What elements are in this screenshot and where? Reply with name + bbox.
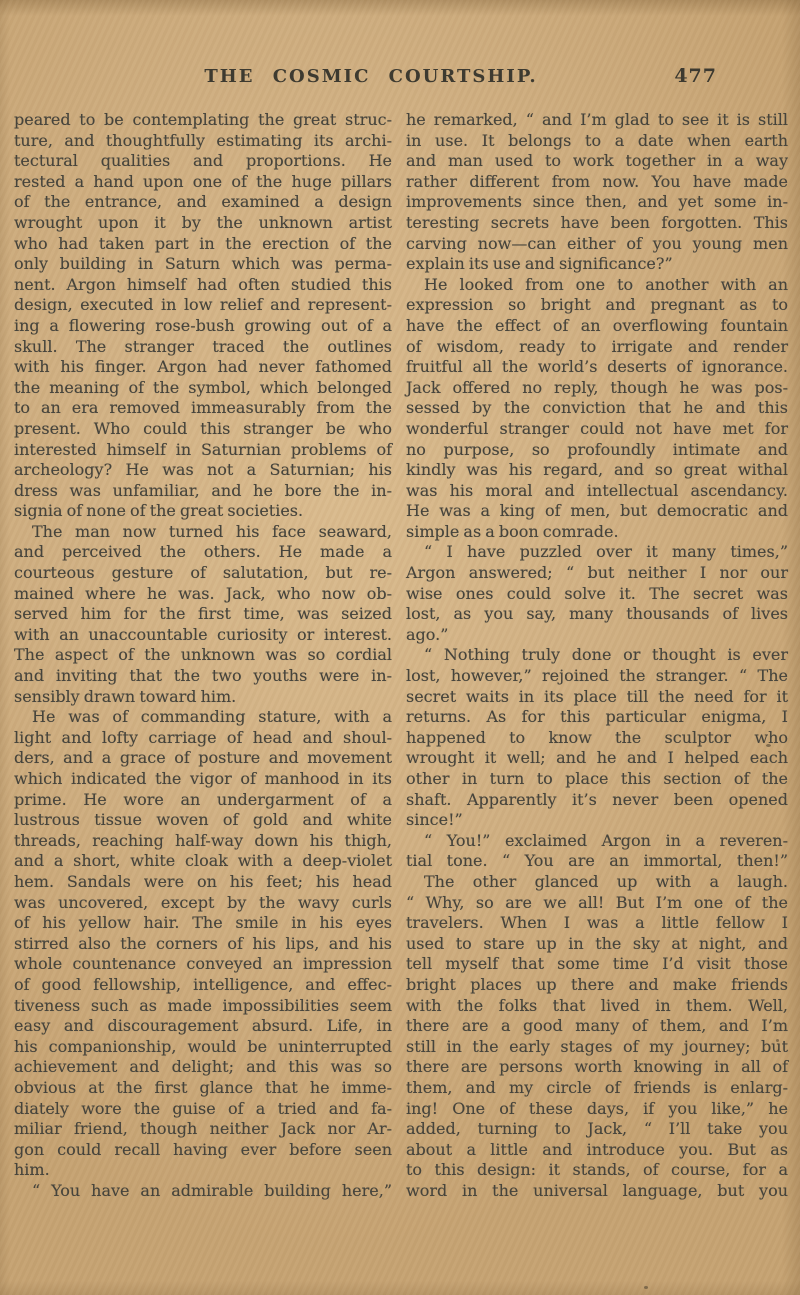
column-left: peared to be contemplating the great str… xyxy=(14,110,392,1201)
text-line: The aspect of the unknown was so cordial xyxy=(14,645,392,666)
text-line: The other glanced up with a laugh. xyxy=(406,872,788,893)
text-line: who had taken part in the erection of th… xyxy=(14,234,392,255)
text-line: the meaning of the symbol, which belonge… xyxy=(14,378,392,399)
text-line: since!” xyxy=(406,810,788,831)
text-line: He was of commanding stature, with a xyxy=(14,707,392,728)
text-line: rather different from now. You have made xyxy=(406,172,788,193)
text-line: design, executed in low relief and repre… xyxy=(14,295,392,316)
text-line: improvements since then, and yet some in… xyxy=(406,192,788,213)
text-line: about a little and introduce you. But as xyxy=(406,1140,788,1161)
text-line: no purpose, so profoundly intimate and xyxy=(406,440,788,461)
text-line: gon could recall having ever before seen xyxy=(14,1140,392,1161)
text-line: travelers. When I was a little fellow I xyxy=(406,913,788,934)
text-line: lost, as you say, many thousands of live… xyxy=(406,604,788,625)
paper-speck xyxy=(776,1039,779,1042)
text-line: served him for the first time, was seize… xyxy=(14,604,392,625)
text-line: signia of none of the great societies. xyxy=(14,501,392,522)
page-header: THE COSMIC COURTSHIP. 477 xyxy=(0,66,800,92)
text-line: happened to know the sculptor who xyxy=(406,728,788,749)
text-line: diately wore the guise of a tried and fa… xyxy=(14,1099,392,1120)
text-line: ders, and a grace of posture and movemen… xyxy=(14,748,392,769)
text-line: ing a flowering rose-bush growing out of… xyxy=(14,316,392,337)
text-line: skull. The stranger traced the outlines xyxy=(14,337,392,358)
text-columns: peared to be contemplating the great str… xyxy=(14,110,788,1201)
text-line: easy and discouragement absurd. Life, in xyxy=(14,1016,392,1037)
text-line: ture, and thoughtfully estimating its ar… xyxy=(14,131,392,152)
text-line: wise ones could solve it. The secret was xyxy=(406,584,788,605)
text-line: wonderful stranger could not have met fo… xyxy=(406,419,788,440)
text-line: teresting secrets have been forgotten. T… xyxy=(406,213,788,234)
text-line: word in the universal language, but you xyxy=(406,1181,788,1202)
text-line: used to stare up in the sky at night, an… xyxy=(406,934,788,955)
text-line: added, turning to Jack, “ I’ll take you xyxy=(406,1119,788,1140)
text-line: tial tone. “ You are an immortal, then!” xyxy=(406,851,788,872)
text-line: and a short, white cloak with a deep-vio… xyxy=(14,851,392,872)
text-line: stirred also the corners of his lips, an… xyxy=(14,934,392,955)
text-line: obvious at the first glance that he imme… xyxy=(14,1078,392,1099)
text-line: peared to be contemplating the great str… xyxy=(14,110,392,131)
text-line: threads, reaching half-way down his thig… xyxy=(14,831,392,852)
page-number: 477 xyxy=(674,65,717,87)
paper-speck xyxy=(766,744,771,747)
text-line: tiveness such as made impossibilities se… xyxy=(14,996,392,1017)
text-line: The man now turned his face seaward, xyxy=(14,522,392,543)
book-page: THE COSMIC COURTSHIP. 477 peared to be c… xyxy=(0,0,800,1295)
text-line: with his finger. Argon had never fathome… xyxy=(14,357,392,378)
text-line: and man used to work together in a way xyxy=(406,151,788,172)
text-line: achievement and delight; and this was so xyxy=(14,1057,392,1078)
text-line: him. xyxy=(14,1160,392,1181)
text-line: interested himself in Saturnian problems… xyxy=(14,440,392,461)
text-line: which indicated the vigor of manhood in … xyxy=(14,769,392,790)
text-line: them, and my circle of friends is enlarg… xyxy=(406,1078,788,1099)
text-line: light and lofty carriage of head and sho… xyxy=(14,728,392,749)
text-line: “ I have puzzled over it many times,” xyxy=(406,542,788,563)
text-line: ago.” xyxy=(406,625,788,646)
text-line: there are persons worth knowing in all o… xyxy=(406,1057,788,1078)
text-line: hem. Sandals were on his feet; his head xyxy=(14,872,392,893)
text-line: and inviting that the two youths were in… xyxy=(14,666,392,687)
paper-speck xyxy=(644,1286,648,1289)
text-line: other in turn to place this section of t… xyxy=(406,769,788,790)
text-line: still in the early stages of my journey;… xyxy=(406,1037,788,1058)
text-line: was uncovered, except by the wavy curls xyxy=(14,893,392,914)
text-line: miliar friend, though neither Jack nor A… xyxy=(14,1119,392,1140)
text-line: courteous gesture of salutation, but re- xyxy=(14,563,392,584)
text-line: with an unaccountable curiosity or inter… xyxy=(14,625,392,646)
text-line: was his moral and intellectual ascendanc… xyxy=(406,481,788,502)
text-line: simple as a boon comrade. xyxy=(406,522,788,543)
text-line: secret waits in its place till the need … xyxy=(406,687,788,708)
column-right: he remarked, “ and I’m glad to see it is… xyxy=(406,110,788,1201)
text-line: carving now—can either of you young men xyxy=(406,234,788,255)
text-line: he remarked, “ and I’m glad to see it is… xyxy=(406,110,788,131)
page-title: THE COSMIC COURTSHIP. xyxy=(204,66,537,87)
text-line: “ You have an admirable building here,” xyxy=(14,1181,392,1202)
text-line: sessed by the conviction that he and thi… xyxy=(406,398,788,419)
text-line: “ Why, so are we all! But I’m one of the xyxy=(406,893,788,914)
text-line: Jack offered no reply, though he was pos… xyxy=(406,378,788,399)
text-line: lustrous tissue woven of gold and white xyxy=(14,810,392,831)
text-line: “ Nothing truly done or thought is ever xyxy=(406,645,788,666)
text-line: He looked from one to another with an xyxy=(406,275,788,296)
text-line: of good fellowship, intelligence, and ef… xyxy=(14,975,392,996)
text-line: of the entrance, and examined a design xyxy=(14,192,392,213)
text-line: of wisdom, ready to irrigate and render xyxy=(406,337,788,358)
text-line: tectural qualities and proportions. He xyxy=(14,151,392,172)
text-line: dress was unfamiliar, and he bore the in… xyxy=(14,481,392,502)
text-line: present. Who could this stranger be who xyxy=(14,419,392,440)
text-line: there are a good many of them, and I’m xyxy=(406,1016,788,1037)
text-line: nent. Argon himself had often studied th… xyxy=(14,275,392,296)
text-line: tell myself that some time I’d visit tho… xyxy=(406,954,788,975)
text-line: ing! One of these days, if you like,” he xyxy=(406,1099,788,1120)
text-line: rested a hand upon one of the huge pilla… xyxy=(14,172,392,193)
text-line: fruitful all the world’s deserts of igno… xyxy=(406,357,788,378)
text-line: with the folks that lived in them. Well, xyxy=(406,996,788,1017)
text-line: kindly was his regard, and so great with… xyxy=(406,460,788,481)
text-line: Argon answered; “ but neither I nor our xyxy=(406,563,788,584)
text-line: to this design: it stands, of course, fo… xyxy=(406,1160,788,1181)
text-line: prime. He wore an undergarment of a xyxy=(14,790,392,811)
text-line: archeology? He was not a Saturnian; his xyxy=(14,460,392,481)
text-line: have the effect of an overflowing founta… xyxy=(406,316,788,337)
text-line: sensibly drawn toward him. xyxy=(14,687,392,708)
text-line: shaft. Apparently it’s never been opened xyxy=(406,790,788,811)
text-line: in use. It belongs to a date when earth xyxy=(406,131,788,152)
text-line: to an era removed immeasurably from the xyxy=(14,398,392,419)
text-line: of his yellow hair. The smile in his eye… xyxy=(14,913,392,934)
text-line: lost, however,” rejoined the stranger. “… xyxy=(406,666,788,687)
text-line: bright places up there and make friends xyxy=(406,975,788,996)
text-line: mained where he was. Jack, who now ob- xyxy=(14,584,392,605)
text-line: expression so bright and pregnant as to xyxy=(406,295,788,316)
text-line: his companionship, would be uninterrupte… xyxy=(14,1037,392,1058)
text-line: wrought it well; and he and I helped eac… xyxy=(406,748,788,769)
text-line: He was a king of men, but democratic and xyxy=(406,501,788,522)
text-line: and perceived the others. He made a xyxy=(14,542,392,563)
text-line: “ You!” exclaimed Argon in a reveren- xyxy=(406,831,788,852)
text-line: returns. As for this particular enigma, … xyxy=(406,707,788,728)
text-line: wrought upon it by the unknown artist xyxy=(14,213,392,234)
text-line: explain its use and significance?” xyxy=(406,254,788,275)
text-line: only building in Saturn which was perma- xyxy=(14,254,392,275)
text-line: whole countenance conveyed an impression xyxy=(14,954,392,975)
